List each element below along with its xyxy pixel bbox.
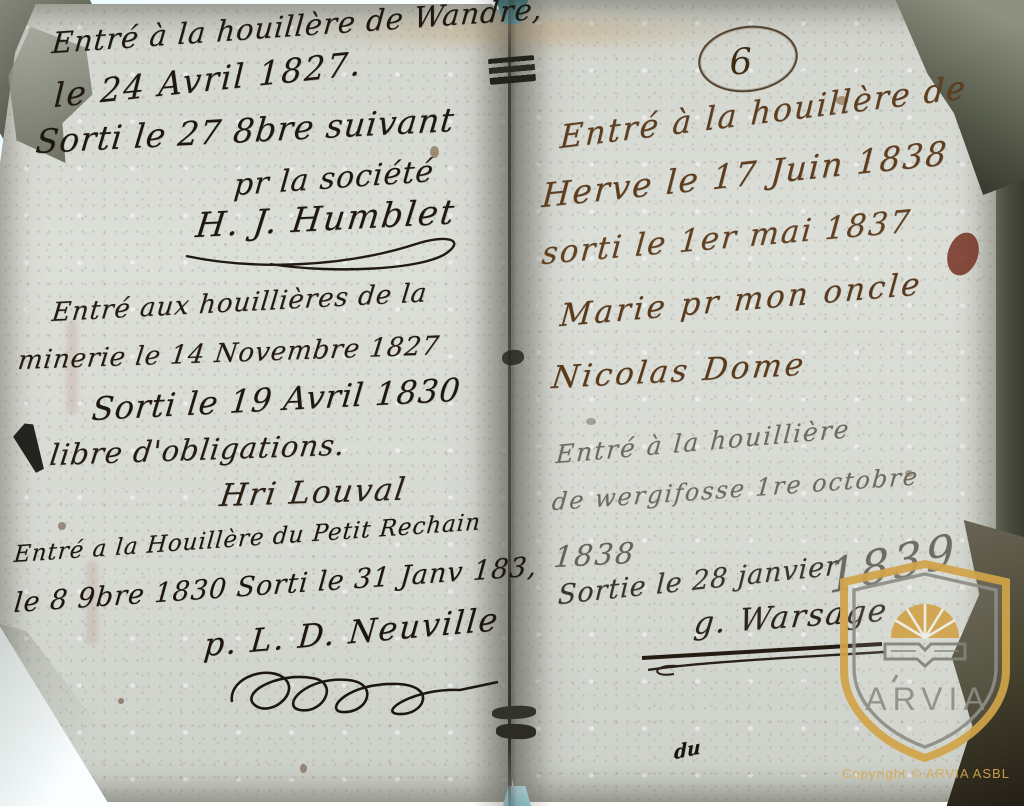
paper-stain [58, 522, 66, 530]
binding-stitch-bottom-2 [496, 723, 536, 739]
document-photo: Entré à la houillère de Wandre, le 24 Av… [0, 0, 1024, 806]
brand-name: ARVIA [865, 681, 990, 717]
signature-flourish [182, 228, 474, 276]
signature-louval: Hri Louval [217, 471, 409, 514]
watermark-copyright: Copyright © ARVIA ASBL [842, 766, 1010, 781]
signature-loops-flourish [226, 660, 508, 722]
paper-stain [118, 698, 124, 704]
arvia-shield-watermark: ARVIA [836, 558, 1014, 766]
handwritten-line: 1838 [552, 536, 637, 575]
shield-outer-border [844, 564, 1006, 758]
binding-stitch-top [488, 55, 536, 85]
paper-stain [300, 764, 307, 773]
spine-line [508, 0, 511, 806]
page-number: 6 [728, 41, 753, 83]
paper-stain [586, 418, 596, 425]
